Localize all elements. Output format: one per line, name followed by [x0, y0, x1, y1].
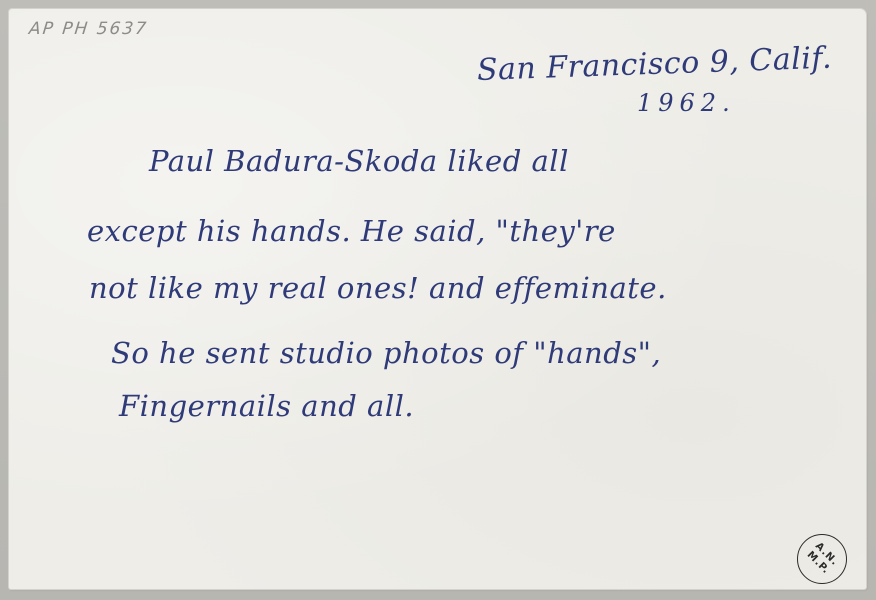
note-card: AP PH 5637 San Francisco 9, Calif. 1962.…	[9, 9, 866, 589]
year-heading: 1962.	[637, 89, 736, 117]
collection-stamp: A.N. M.P.	[797, 534, 847, 584]
stamp-text: A.N. M.P.	[788, 525, 856, 593]
catalog-number: AP PH 5637	[28, 19, 149, 39]
place-heading: San Francisco 9, Calif.	[476, 41, 832, 88]
body-line-3: not like my real ones! and effeminate.	[89, 271, 667, 305]
body-line-4: So he sent studio photos of "hands",	[111, 336, 661, 370]
scan-backdrop: AP PH 5637 San Francisco 9, Calif. 1962.…	[0, 0, 876, 600]
body-line-1: Paul Badura-Skoda liked all	[149, 144, 569, 178]
body-line-2: except his hands. He said, "they're	[87, 214, 616, 248]
body-line-5: Fingernails and all.	[119, 389, 414, 423]
